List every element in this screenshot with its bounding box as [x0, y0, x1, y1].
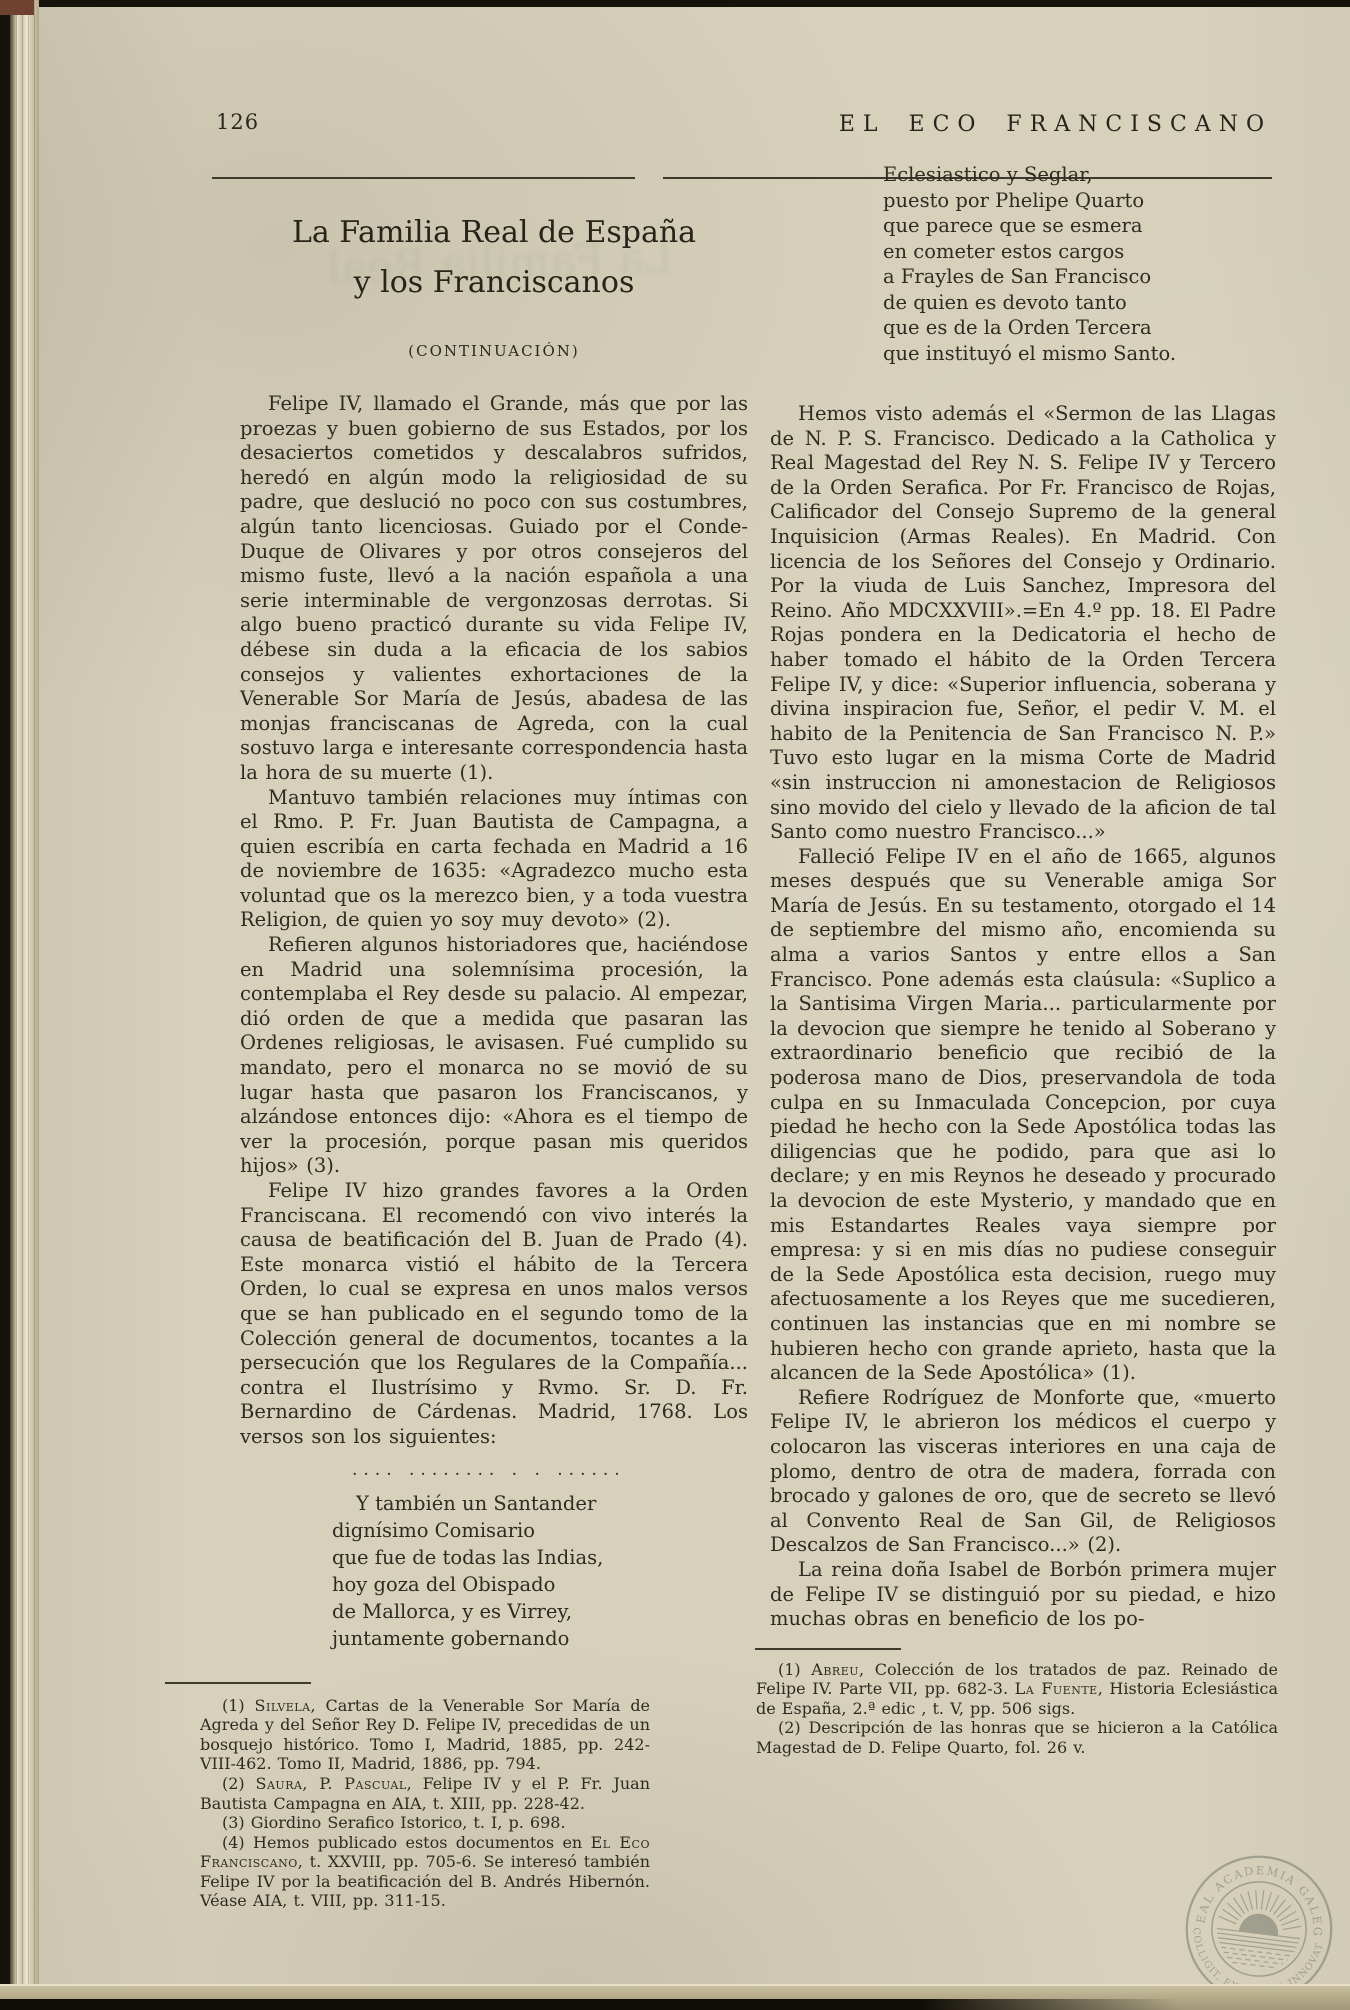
- page-number: 126: [216, 110, 259, 134]
- text-run: puesto por Phelipe Quarto: [883, 189, 1144, 212]
- verse-line: dignísimo Comisario: [332, 1517, 748, 1544]
- text-run: Abreu: [811, 1660, 859, 1679]
- text-run: ,: [311, 1696, 326, 1715]
- footnote-rule: [165, 1682, 311, 1684]
- article-title: La Familia Real de España y los Francisc…: [240, 208, 748, 308]
- stamp-sea-lines-icon: [1214, 1933, 1298, 1970]
- text-run: (2): [778, 1718, 808, 1737]
- text-run: que instituyó el mismo Santo.: [883, 342, 1176, 365]
- text-run: Venerable: [1045, 869, 1144, 892]
- article-title-line2: y los Franciscanos: [240, 258, 748, 308]
- text-run: fol. 26 v.: [1009, 1738, 1086, 1757]
- text-run: Grande,: [490, 392, 569, 415]
- verse-line: a Frayles de San Francisco: [883, 264, 1276, 290]
- text-run: La reina doña Isabel de Borbón primera m…: [770, 1558, 1276, 1630]
- left-footnotes: (1) Silvela, Cartas de la Venerable Sor …: [200, 1696, 650, 1912]
- text-run: Felipe IV, llamado el: [268, 392, 490, 415]
- text-run: dignísimo Comisario: [332, 1519, 535, 1542]
- text-run: Giordino Serafico Istorico: [251, 1813, 462, 1832]
- paragraph: Refiere Rodríguez de Monforte que, «muer…: [770, 1386, 1276, 1558]
- verse-block: Y también un Santanderdignísimo Comisari…: [332, 1490, 748, 1652]
- binding-corner-mark: [0, 0, 34, 15]
- text-run: (1): [778, 1660, 811, 1679]
- text-run: ,: [407, 1774, 423, 1793]
- text-run: Parte VII, pp. 682-3.: [832, 1679, 1014, 1698]
- right-body-text: Hemos visto además el «Sermon de las Lla…: [770, 402, 1276, 1632]
- stacked-page-edges-left: [10, 0, 39, 2010]
- text-run: , t. I, p. 698.: [462, 1813, 565, 1832]
- text-run: (1): [222, 1696, 255, 1715]
- verse-line: en cometer estos cargos: [883, 239, 1276, 265]
- text-run: en AIA, t. XIII, pp. 228-42.: [360, 1794, 585, 1813]
- verse-line: Y también un Santander: [332, 1490, 748, 1517]
- right-column: Eclesiastico y Seglar,puesto por Phelipe…: [770, 162, 1276, 1758]
- text-run: 2.ª edic , t. V, pp. 506 sigs.: [846, 1699, 1075, 1718]
- footnote: (3) Giordino Serafico Istorico, t. I, p.…: [200, 1813, 650, 1833]
- text-run: ,: [859, 1660, 875, 1679]
- text-run: ,: [1098, 1679, 1110, 1698]
- text-run: Y también un Santander: [356, 1492, 596, 1515]
- text-run: de quien es devoto tanto: [883, 291, 1127, 314]
- text-run: el hecho de haber tomado el hábito de la…: [770, 623, 1276, 843]
- verse-line: Eclesiastico y Seglar,: [883, 162, 1276, 188]
- text-run: Refieren algunos historiadores que, haci…: [240, 933, 748, 1177]
- header-rule-left: [212, 177, 635, 179]
- verse-line: que fue de todas las Indias,: [332, 1544, 748, 1571]
- verse-line: puesto por Phelipe Quarto: [883, 188, 1276, 214]
- paragraph: Mantuvo también relaciones muy íntimas c…: [240, 786, 748, 934]
- verse-line: de Mallorca, y es Virrey,: [332, 1598, 748, 1625]
- footnote: (1) Silvela, Cartas de la Venerable Sor …: [200, 1696, 650, 1774]
- text-run: que parece que se esmera: [883, 214, 1142, 237]
- text-run: que es de la Orden Tercera: [883, 316, 1152, 339]
- text-run: (4) Hemos publicado estos documentos en: [222, 1833, 591, 1852]
- paragraph: Hemos visto además el «Sermon de las Lla…: [770, 402, 1276, 845]
- text-run: (3): [222, 1813, 251, 1832]
- paragraph: Falleció Felipe IV en el año de 1665, al…: [770, 845, 1276, 1386]
- text-run: a Frayles de San Francisco: [883, 265, 1151, 288]
- paragraph: Felipe IV, llamado el Grande, más que po…: [240, 392, 748, 786]
- verse-line: que instituyó el mismo Santo.: [883, 341, 1276, 367]
- left-column: La Familia Real de España y los Francisc…: [240, 208, 748, 1911]
- text-run: más que por las proezas y buen gobierno …: [240, 392, 748, 784]
- verse-line: de quien es devoto tanto: [883, 290, 1276, 316]
- verse-block: Eclesiastico y Seglar,puesto por Phelipe…: [883, 162, 1276, 366]
- text-run: Eclesiastico y Seglar,: [883, 163, 1093, 186]
- text-run: Refiere Rodríguez de Monforte que, «muer…: [770, 1386, 1276, 1557]
- text-run: Dedicatoria: [1012, 623, 1127, 646]
- footnote: (1) Abreu, Colección de los tratados de …: [756, 1660, 1278, 1719]
- continuation-label: (CONTINUACIÓN): [240, 342, 748, 360]
- text-run: amiga Sor María de Jesús. En su testamen…: [770, 869, 1276, 1384]
- text-run: juntamente gobernando: [332, 1627, 569, 1650]
- footnote-rule: [755, 1648, 901, 1650]
- text-run: de Mallorca, y es Virrey,: [332, 1600, 572, 1623]
- footnote: (2) Descripción de las honras que se hic…: [756, 1718, 1278, 1757]
- text-run: Silvela: [255, 1696, 311, 1715]
- book-edge-bottom-shadow: [0, 1999, 1180, 2010]
- left-body-text: Felipe IV, llamado el Grande, más que po…: [240, 392, 748, 1450]
- paragraph: La reina doña Isabel de Borbón primera m…: [770, 1558, 1276, 1632]
- verse-line: que parece que se esmera: [883, 213, 1276, 239]
- text-run: (Armas Reales).: [900, 525, 1071, 548]
- text-run: Felipe IV hizo grandes favores a la Orde…: [240, 1179, 748, 1325]
- article-title-line1: La Familia Real de España: [240, 208, 748, 258]
- text-run: La Fuente: [1015, 1679, 1098, 1698]
- footnote: (4) Hemos publicado estos documentos en …: [200, 1833, 650, 1911]
- text-run: Saura, P. Pascual: [256, 1774, 407, 1793]
- text-run: hoy goza del Obispado: [332, 1573, 555, 1596]
- text-run: que fue de todas las Indias,: [332, 1546, 603, 1569]
- paragraph: Refieren algunos historiadores que, haci…: [240, 933, 748, 1179]
- journal-title: EL ECO FRANCISCANO: [839, 112, 1272, 137]
- verse-line: hoy goza del Obispado: [332, 1571, 748, 1598]
- text-run: (2): [222, 1774, 256, 1793]
- verse-line: juntamente gobernando: [332, 1625, 748, 1652]
- footnote: (2) Saura, P. Pascual, Felipe IV y el P.…: [200, 1774, 650, 1813]
- verse-line: que es de la Orden Tercera: [883, 315, 1276, 341]
- verse-separator-dots: .... ........ . . ......: [352, 1460, 748, 1480]
- right-footnotes: (1) Abreu, Colección de los tratados de …: [756, 1660, 1278, 1758]
- paragraph: Felipe IV hizo grandes favores a la Orde…: [240, 1179, 748, 1450]
- text-run: Mantuvo también relaciones muy íntimas c…: [240, 786, 748, 932]
- text-run: en cometer estos cargos: [883, 240, 1124, 263]
